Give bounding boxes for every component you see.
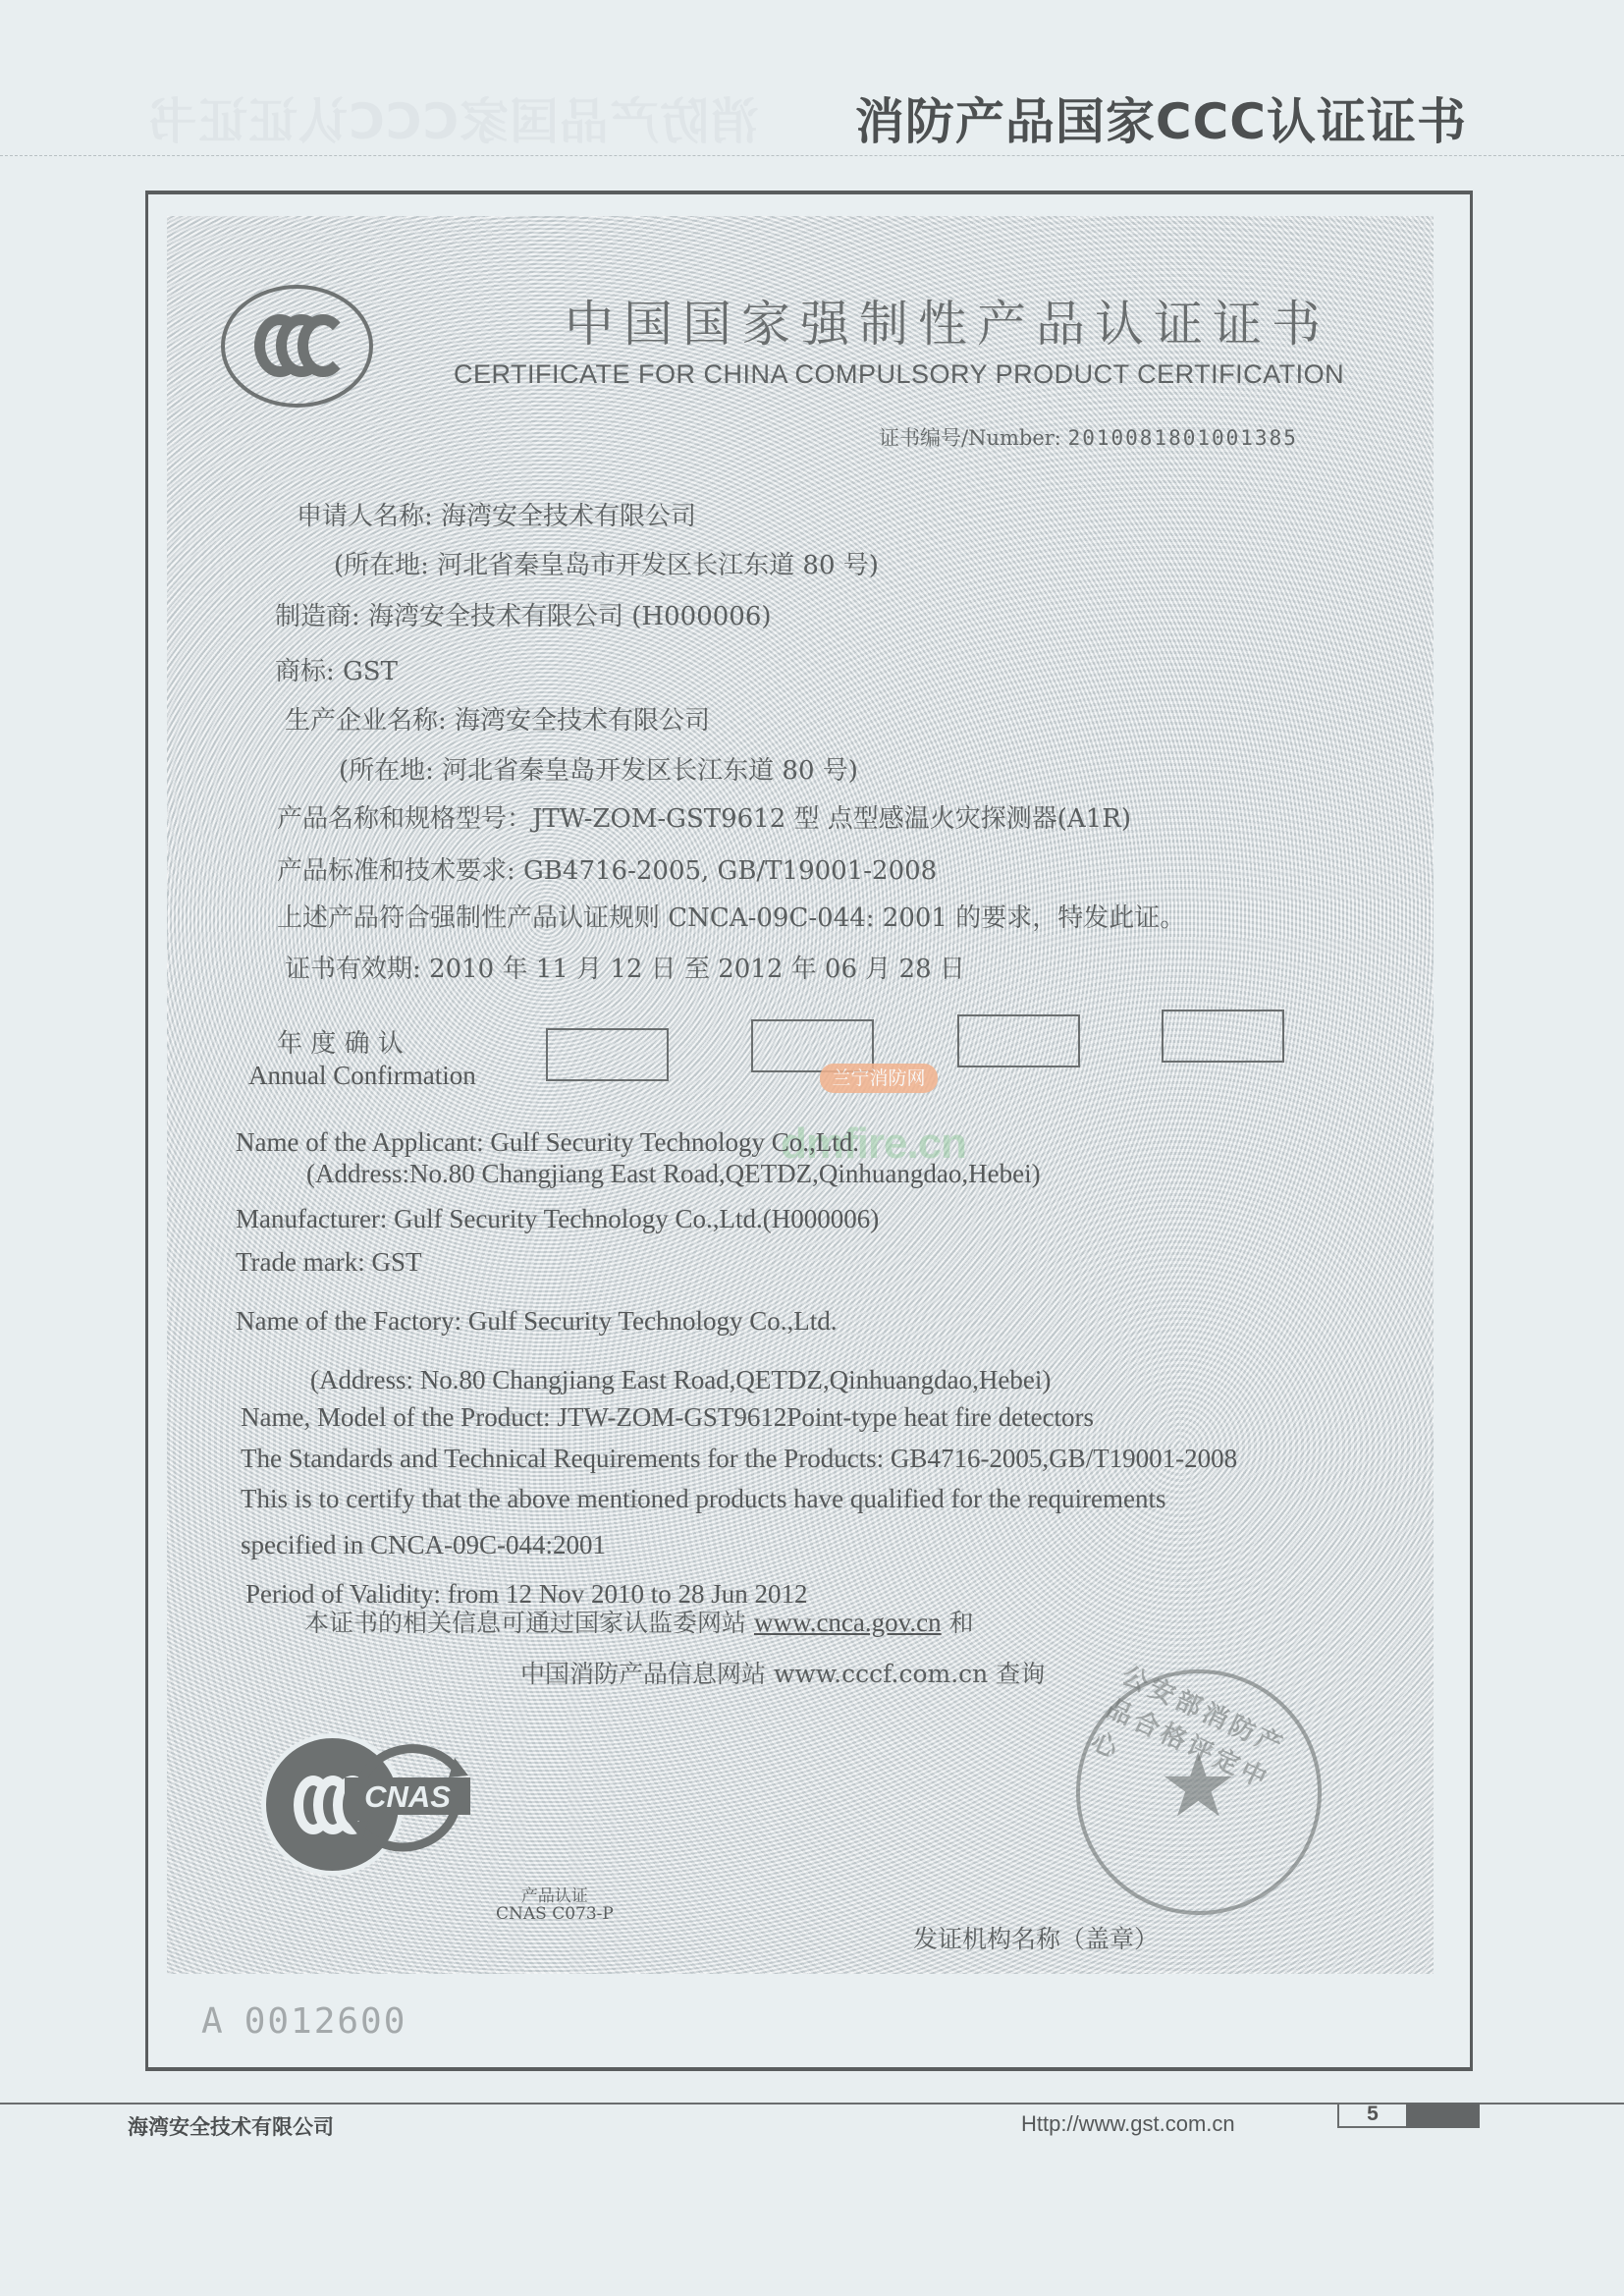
manufacturer-en: Manufacturer: Gulf Security Technology C…: [236, 1204, 879, 1234]
cnas-caption-line-1: 产品认证: [496, 1887, 614, 1905]
certificate-number-label: 证书编号/Number:: [879, 426, 1061, 450]
manufacturer-cn: 制造商: 海湾安全技术有限公司 (H000006): [275, 596, 772, 632]
factory-cn: 生产企业名称: 海湾安全技术有限公司: [285, 700, 710, 737]
annual-confirmation-label-cn: 年 度 确 认: [277, 1023, 404, 1060]
ccc-logo-icon: [221, 285, 373, 408]
cnas-logo-icon: CNAS: [339, 1730, 476, 1863]
cnca-link[interactable]: www.cnca.gov.cn: [754, 1608, 942, 1637]
certificate-title-en: CERTIFICATE FOR CHINA COMPULSORY PRODUCT…: [454, 359, 1344, 390]
factory-address-cn: (所在地: 河北省秦皇岛开发区长江东道 80 号): [339, 750, 858, 787]
annual-confirmation-label-en: Annual Confirmation: [248, 1061, 476, 1091]
page-number: 5: [1337, 2103, 1406, 2128]
statement-en-2: specified in CNCA-09C-044:2001: [241, 1530, 606, 1560]
query-line-1: 本证书的相关信息可通过国家认监委网站 www.cnca.gov.cn 和: [304, 1604, 974, 1639]
cnas-caption: 产品认证 CNAS C073-P: [496, 1887, 614, 1923]
footer-url[interactable]: Http://www.gst.com.cn: [1021, 2111, 1235, 2137]
header-ghost-text: 消防产品国家CCC认证证书: [147, 82, 759, 153]
factory-en: Name of the Factory: Gulf Security Techn…: [236, 1306, 837, 1337]
statement-cn: 上述产品符合强制性产品认证规则 CNCA-09C-044: 2001 的要求，特…: [277, 898, 1185, 934]
applicant-en: Name of the Applicant: Gulf Security Tec…: [236, 1127, 859, 1158]
annual-confirmation-box-1: [546, 1028, 669, 1081]
product-cn: 产品名称和规格型号：JTW-ZOM-GST9612 型 点型感温火灾探测器(A1…: [277, 798, 1131, 835]
certificate-number-value: 2010081801001385: [1068, 426, 1298, 450]
standards-en: The Standards and Technical Requirements…: [241, 1444, 1237, 1474]
certificate-serial: A0012600: [201, 2001, 406, 2042]
factory-address-en: (Address: No.80 Changjiang East Road,QET…: [310, 1365, 1051, 1395]
applicant-address-en: (Address:No.80 Changjiang East Road,QETD…: [306, 1159, 1041, 1189]
applicant-address-cn: (所在地: 河北省秦皇岛市开发区长江东道 80 号): [334, 545, 879, 581]
annual-confirmation-box-3: [957, 1014, 1080, 1067]
statement-en-1: This is to certify that the above mentio…: [241, 1484, 1165, 1514]
svg-text:CNAS: CNAS: [364, 1779, 451, 1814]
trademark-en: Trade mark: GST: [236, 1247, 422, 1278]
page-header-title: 消防产品国家CCC认证证书: [855, 82, 1467, 153]
trademark-cn: 商标: GST: [275, 651, 398, 687]
official-seal: ★ 公安部消防产品合格评定中心: [1076, 1669, 1322, 1915]
issuer-signature-label: 发证机构名称（盖章）: [913, 1920, 1159, 1955]
serial-prefix: A: [201, 2001, 225, 2042]
header-divider: [0, 155, 1624, 156]
applicant-cn: 申请人名称: 海湾安全技术有限公司: [297, 496, 696, 532]
validity-cn: 证书有效期: 2010 年 11 月 12 日 至 2012 年 06 月 28…: [285, 949, 965, 985]
certificate-number: 证书编号/Number: 2010081801001385: [879, 422, 1298, 452]
cnas-caption-line-2: CNAS C073-P: [496, 1905, 614, 1923]
page-number-bar: [1406, 2103, 1480, 2128]
query-line-1-suffix: 和: [942, 1609, 974, 1637]
footer-company: 海湾安全技术有限公司: [128, 2111, 334, 2141]
query-line-2: 中国消防产品信息网站 www.cccf.com.cn 查询: [520, 1655, 1045, 1690]
annual-confirmation-box-4: [1162, 1010, 1284, 1063]
serial-number: 0012600: [244, 2001, 407, 2042]
standards-cn: 产品标准和技术要求: GB4716-2005, GB/T19001-2008: [277, 850, 937, 887]
watermark-badge: 兰宁消防网: [820, 1064, 938, 1093]
query-line-1-prefix: 本证书的相关信息可通过国家认监委网站: [304, 1609, 754, 1637]
product-en: Name, Model of the Product: JTW-ZOM-GST9…: [241, 1402, 1094, 1433]
certificate-title-cn: 中国国家强制性产品认证证书: [565, 285, 1330, 355]
